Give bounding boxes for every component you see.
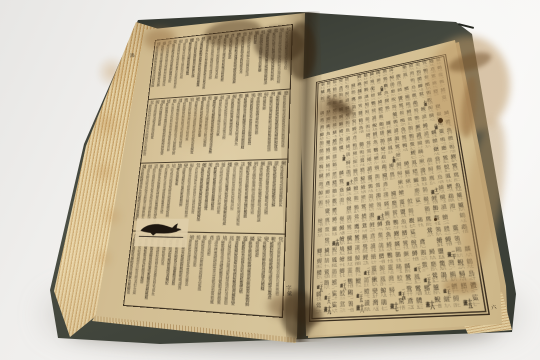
char-cell: 鷹六十	[353, 225, 360, 236]
char-cell: 體三三	[442, 226, 452, 238]
char-cell: 靈九七	[346, 268, 354, 280]
char-cell: 鱒一八	[376, 223, 384, 234]
char-cell: 鸞八四	[414, 287, 423, 300]
char-cell: 鳳五二	[413, 275, 422, 287]
stroke-section-label: 二十八畫	[338, 280, 345, 292]
char-cell: 鱉三一	[420, 262, 429, 274]
char-cell: 鱰七八	[392, 231, 400, 242]
char-cell: 鸚十四	[346, 279, 354, 291]
gutter-stain-top	[286, 22, 316, 80]
char-cell: 鴦九七	[384, 222, 392, 233]
char-cell: 鴻十三	[338, 198, 345, 208]
char-cell: 魚十一	[385, 232, 393, 243]
char-cell: 鴿五五	[377, 243, 385, 254]
char-cell: 鴒八七	[375, 203, 383, 214]
char-cell: 鰭一四	[378, 254, 386, 266]
char-cell: 讀十七	[369, 244, 377, 255]
char-cell: 鱨二一	[331, 280, 338, 292]
char-cell: 鴿五七	[362, 278, 370, 290]
char-cell: 鹽五五	[436, 249, 446, 261]
char-cell: 鯉十四	[430, 196, 439, 207]
char-cell: 讀四九	[363, 302, 371, 314]
water-stain-left-corner	[144, 28, 176, 50]
char-cell: 鸚十五	[386, 254, 394, 266]
stain-dot	[438, 118, 443, 123]
char-cell: 鱺九五	[331, 227, 338, 238]
char-cell: 鴉六一	[384, 106, 391, 115]
char-cell: 鱵五三	[346, 236, 353, 247]
char-cell: 鶉九八	[424, 140, 432, 150]
char-cell: 鯉三九	[362, 256, 370, 267]
char-cell: 鯢一四	[433, 298, 443, 311]
char-cell: 變五十	[371, 289, 379, 301]
char-cell: 廳四八	[429, 262, 439, 274]
char-cell: 鰻八四	[338, 227, 345, 238]
char-cell: 鱣二三	[441, 216, 450, 227]
char-cell: 鱶五七	[435, 238, 444, 250]
char-cell: 鸞三二	[404, 275, 413, 287]
char-cell: 鰍十三	[404, 180, 412, 190]
char-cell: 鱨九七	[423, 286, 433, 299]
char-cell: 鯨四四	[354, 256, 362, 267]
char-cell: 鰻十四	[444, 237, 454, 249]
char-cell: 鶯三六	[425, 228, 434, 240]
char-cell: 鷺十十	[405, 287, 414, 300]
char-cell: 鱣十三	[354, 279, 362, 291]
char-cell: 鳳四五	[331, 258, 338, 269]
char-cell: 鷗一二	[346, 291, 354, 303]
char-cell: 觀十三	[354, 267, 362, 279]
char-cell: 鷲一二	[418, 92, 426, 101]
char-cell: 鳳四八	[379, 277, 387, 289]
stroke-section-label: 二十一畫	[412, 263, 421, 275]
char-cell: 鵝十九	[394, 253, 403, 265]
char-cell: 鱘十八	[388, 288, 397, 300]
char-cell: 鱒十四	[411, 252, 420, 264]
char-cell: 鴒九八	[434, 227, 443, 239]
char-cell: 灣八五	[371, 301, 379, 314]
char-cell: 鱠九六	[338, 237, 345, 248]
water-stain-right-bottom	[443, 278, 479, 294]
water-stain-left-margin-scallops	[90, 50, 146, 295]
char-cell: 鸞二二	[346, 226, 353, 237]
stroke-section-label: 十七畫	[388, 300, 397, 313]
char-cell: 鯽七七	[338, 269, 345, 281]
char-cell: 鳶三九	[369, 234, 377, 245]
char-cell: 鱺三六	[383, 212, 391, 223]
char-cell: 麟四七	[403, 264, 412, 276]
char-cell: 鷹五三	[389, 172, 397, 182]
stroke-section-label: 十四畫	[331, 237, 338, 248]
stain-dot-2	[434, 218, 437, 221]
char-cell: 鱶七十	[370, 255, 378, 267]
char-cell: 驚十四	[397, 300, 406, 313]
char-cell: 鯨八九	[379, 289, 388, 301]
char-cell: 鯊二一	[414, 198, 423, 209]
char-cell: 鱷九五	[346, 257, 353, 268]
char-cell: 鱖六七	[376, 78, 382, 86]
char-cell: 鳶三五	[406, 299, 415, 312]
photo-open-antique-book: 鮫鱵鯨鳥鰍鹽驚龍鳶鵠靈鴿鮫變鴛鱒鴛鱟變麟鰲龜鳳鯽鯨鴛龜龍鵲鱶鶯驚鳩鮫鱔鳥鰍鷺鴻鸞…	[0, 0, 540, 360]
gutter-label: 字彙	[285, 285, 292, 297]
char-cell: 鯉三六	[368, 223, 376, 234]
foxing-left-middle	[170, 110, 216, 144]
char-cell: 鴛八十	[361, 224, 368, 235]
char-cell: 鯊八七	[409, 230, 418, 241]
char-cell: 鯊七一	[470, 296, 481, 309]
char-cell: 鰻四七	[451, 297, 462, 310]
char-cell: 鰭二八	[401, 230, 410, 241]
char-cell: 鯨三七	[378, 265, 386, 277]
char-cell: 鶯六八	[353, 215, 360, 226]
stroke-section-label: 二十二畫	[362, 267, 370, 279]
char-cell: 體五三	[415, 299, 425, 312]
char-cell: 鶯五二	[430, 273, 440, 286]
char-cell: 鴿十四	[345, 170, 352, 180]
char-cell: 鴛三六	[339, 303, 347, 315]
char-cell: 靈四六	[370, 266, 378, 278]
char-cell: 鵝三六	[419, 251, 428, 263]
gutter-stain-bottom	[281, 290, 315, 338]
char-cell: 鷗一五	[395, 264, 404, 276]
char-cell: 鸚六十	[392, 221, 400, 232]
char-cell: 鱧一七	[363, 290, 371, 302]
char-cell: 鮫三三	[339, 291, 347, 303]
char-cell: 龜七七	[338, 217, 345, 227]
char-cell: 鴻八一	[448, 204, 457, 215]
char-cell: 鱉三十	[377, 233, 385, 244]
char-cell: 灣二一	[447, 260, 457, 272]
char-cell: 鳥六四	[358, 126, 365, 135]
char-cell: 鷹五八	[428, 176, 437, 186]
char-cell: 鱮三六	[361, 234, 369, 245]
char-cell: 鴒一四	[347, 302, 355, 314]
char-cell: 靈八五	[386, 265, 394, 277]
char-cell: 鸞六七	[353, 235, 360, 246]
char-cell: 鰻九九	[428, 250, 437, 262]
char-cell: 鷹四七	[424, 217, 433, 228]
char-cell: 鰻三九	[385, 243, 393, 254]
char-cell: 鱷十二	[338, 146, 344, 155]
char-cell: 靈二六	[451, 225, 461, 237]
char-cell: 鷗十九	[416, 218, 425, 229]
char-cell: 觀七六	[408, 219, 417, 230]
char-cell: 鮫一一	[396, 276, 405, 288]
char-cell: 鵑七二	[380, 301, 389, 314]
stroke-section-label: 二十四畫	[396, 288, 405, 300]
char-cell: 鰍七八	[371, 277, 379, 289]
stroke-section-label: 十八畫	[355, 302, 363, 314]
char-cell: 鳳六一	[402, 73, 409, 81]
char-cell: 鱉九六	[438, 261, 448, 273]
char-cell: 魚十五	[400, 220, 408, 231]
char-cell: 鱺九八	[442, 297, 452, 310]
char-cell: 鯊二十	[331, 292, 338, 304]
char-cell: 鳳五七	[387, 146, 394, 156]
stroke-section-label: 二十五畫	[355, 290, 363, 302]
char-cell: 鱖三二	[402, 252, 411, 264]
char-cell: 鴨八九	[401, 144, 409, 154]
char-cell: 鵑四七	[331, 269, 338, 280]
char-cell: 灣二一	[387, 276, 396, 288]
char-cell: 鱸四八	[432, 285, 442, 298]
char-cell: 鯊八六	[331, 303, 339, 315]
char-cell: 鱠十七	[338, 258, 345, 269]
